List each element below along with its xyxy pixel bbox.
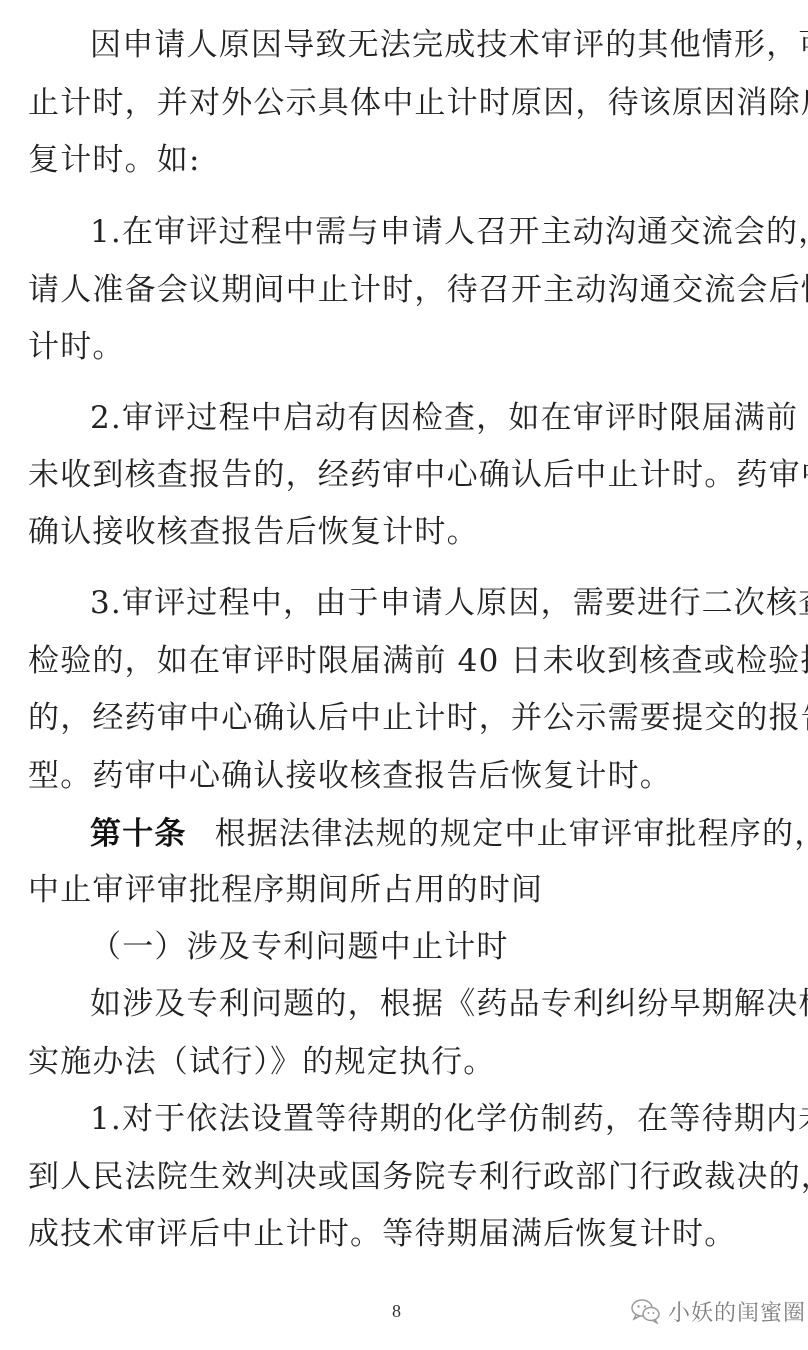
watermark-text: 小妖的闺蜜圈 [668, 1296, 806, 1327]
paragraph-line: 因申请人原因导致无法完成技术审评的其他情形，可中 [90, 25, 808, 65]
article-heading-line: 第十条根据法律法规的规定中止审评审批程序的， [90, 814, 808, 854]
article-text: 根据法律法规的规定中止审评审批程序的， [215, 816, 808, 852]
paragraph-line: 计时。 [28, 327, 125, 367]
paragraph-line: 检验的，如在审评时限届满前 40 日未收到核查或检验报告 [28, 641, 808, 681]
paragraph-line: 成技术审评后中止计时。等待期届满后恢复计时。 [28, 1214, 736, 1254]
paragraph-line: 确认接收核查报告后恢复计时。 [28, 512, 479, 552]
paragraph-line: 止计时，并对外公示具体中止计时原因，待该原因消除后恢 [28, 83, 808, 123]
paragraph-line: 复计时。如: [28, 140, 201, 180]
paragraph-line: 到人民法院生效判决或国务院专利行政部门行政裁决的，完 [28, 1157, 808, 1197]
wechat-icon [630, 1298, 662, 1324]
paragraph-line: 请人准备会议期间中止计时，待召开主动沟通交流会后恢复 [28, 270, 808, 310]
paragraph-line: 1.在审评过程中需与申请人召开主动沟通交流会的，申 [90, 212, 808, 252]
paragraph-line: 2.审评过程中启动有因检查，如在审评时限届满前 40 日 [90, 398, 808, 438]
article-number: 第十条 [90, 816, 187, 852]
paragraph-line: 型。药审中心确认接收核查报告后恢复计时。 [28, 756, 672, 796]
paragraph-line: 3.审评过程中，由于申请人原因，需要进行二次核查或 [90, 583, 808, 623]
watermark: 小妖的闺蜜圈 [630, 1296, 806, 1326]
page-number: 8 [392, 1300, 401, 1322]
paragraph-line: 中止审评审批程序期间所占用的时间 [28, 870, 543, 910]
paragraph-line: 未收到核查报告的，经药审中心确认后中止计时。药审中心 [28, 455, 808, 495]
paragraph-line: 如涉及专利问题的，根据《药品专利纠纷早期解决机制 [90, 984, 808, 1024]
paragraph-line: 的，经药审中心确认后中止计时，并公示需要提交的报告类 [28, 698, 808, 738]
document-page: 因申请人原因导致无法完成技术审评的其他情形，可中 止计时，并对外公示具体中止计时… [0, 0, 808, 1350]
section-heading: （一）涉及专利问题中止计时 [90, 927, 509, 967]
paragraph-line: 实施办法（试行）》的规定执行。 [28, 1042, 496, 1082]
paragraph-line: 1.对于依法设置等待期的化学仿制药，在等待期内未收 [90, 1099, 808, 1139]
